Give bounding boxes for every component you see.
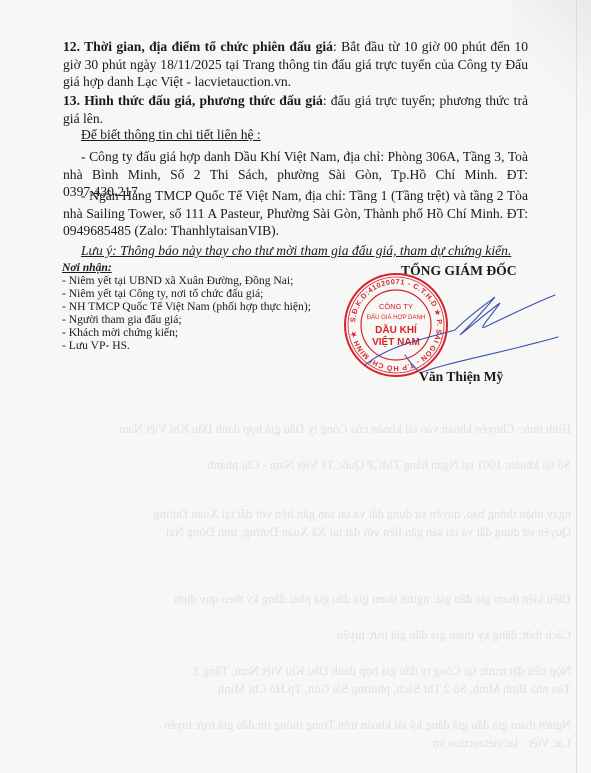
section-12: 12. Thời gian, địa điểm tổ chức phiên đấ… [63, 38, 528, 91]
bleed-through-text: Người tham gia đấu giá đăng ký tài khoản… [60, 716, 571, 734]
bleed-through-text: Số tài khoản: 1001 tại Ngân hàng TMCP Qu… [60, 456, 571, 474]
recipients-heading: Nơi nhận: [62, 261, 311, 274]
recipient-item: - Khách mời chứng kiến; [62, 326, 311, 339]
handwritten-signature-icon [360, 285, 560, 375]
section-13: 13. Hình thức đấu giá, phương thức đấu g… [63, 92, 528, 127]
recipient-item: - NH TMCP Quốc Tế Việt Nam (phối hợp thự… [62, 300, 311, 313]
page-edge [576, 0, 577, 773]
recipient-item: - Lưu VP- HS. [62, 339, 311, 352]
recipient-item: - Người tham gia đấu giá; [62, 313, 311, 326]
recipient-item: - Niêm yết tại UBND xã Xuân Đường, Đồng … [62, 274, 311, 287]
bleed-through-text: Cách thức đăng ký tham gia đấu giá trực … [60, 626, 571, 644]
section-12-heading: 12. Thời gian, địa điểm tổ chức phiên đấ… [63, 39, 333, 54]
document-page: Hình thức: Chuyển khoản vào tài khoản củ… [0, 0, 591, 773]
signatory-name: Văn Thiện Mỹ [419, 369, 503, 385]
bleed-through-text: ngày nhận thông báo, quyền sử dụng đất v… [60, 505, 571, 523]
recipients-block: Nơi nhận: - Niêm yết tại UBND xã Xuân Đư… [62, 261, 311, 352]
bleed-through-text: Điều kiện tham gia đấu giá: người tham g… [60, 590, 571, 608]
recipient-item: - Niêm yết tại Công ty, nơi tổ chức đấu … [62, 287, 311, 300]
section-13-heading: 13. Hình thức đấu giá, phương thức đấu g… [63, 93, 323, 108]
note: Lưu ý: Thông báo này thay cho thư mời th… [81, 243, 511, 259]
bleed-through-text: Tòa nhà Bình Minh, Số 2 Thi Sách, phường… [60, 680, 571, 698]
contact-item: - Ngân Hàng TMCP Quốc Tế Việt Nam, địa c… [63, 187, 528, 240]
bleed-through-text: Lạc Việt - lacvietauction.vn [60, 734, 571, 752]
bleed-through-text: Quyền sử dụng đất và tài sản gắn liền vớ… [60, 523, 571, 541]
bleed-through-text: Nộp tiền đặt trước tại Công ty đấu giá h… [60, 662, 571, 680]
contact-heading: Để biết thông tin chi tiết liên hệ : [81, 127, 261, 143]
bleed-through-text: Hình thức: Chuyển khoản vào tài khoản củ… [60, 420, 571, 438]
